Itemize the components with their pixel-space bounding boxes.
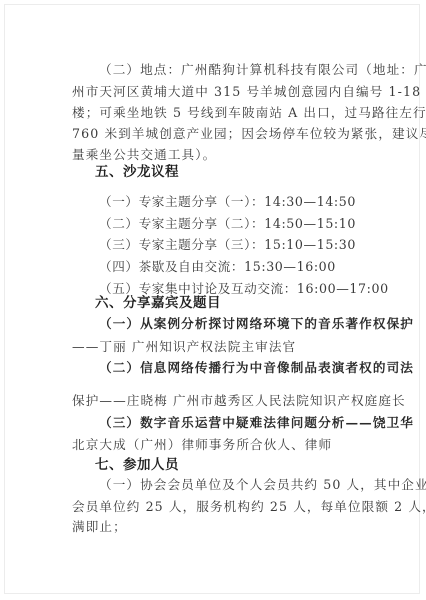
talk-2-speaker: 保护——庄晓梅 广州市越秀区人民法院知识产权庭庭长 — [72, 391, 368, 411]
location-line-2: 州市天河区黄埔大道中 315 号羊城创意园内自编号 1-18 一 — [72, 82, 368, 102]
talk-3-title: （三）数字音乐运营中疑难法律问题分析——饶卫华 — [99, 413, 369, 433]
section-heading-speakers: 六、分享嘉宾及题目 — [95, 293, 391, 313]
talk-1-title: （一）从案例分析探讨网络环境下的音乐著作权保护 — [99, 314, 369, 334]
agenda-item-1: （一）专家主题分享（一）：14:30—14:50 — [99, 192, 395, 212]
location-line-1: （二）地点：广州酷狗计算机科技有限公司（地址：广 — [99, 60, 369, 80]
agenda-item-2: （二）专家主题分享（二）：14:50—15:10 — [99, 214, 395, 234]
document-page: （二）地点：广州酷狗计算机科技有限公司（地址：广 州市天河区黄埔大道中 315 … — [4, 4, 420, 594]
location-line-4: 760 米到羊城创意产业园；因会场停车位较为紧张，建议尽 — [72, 124, 368, 144]
agenda-item-4: （四）茶歇及自由交流：15:30—16:00 — [99, 257, 395, 277]
participants-line-3: 满即止； — [72, 517, 368, 537]
location-line-3: 楼；可乘坐地铁 5 号线到车陂南站 A 出口，过马路往左行约 — [72, 103, 368, 123]
talk-3-speaker: 北京大成（广州）律师事务所合伙人、律师 — [72, 435, 368, 455]
participants-line-1: （一）协会会员单位及个人会员共约 50 人，其中企业 — [99, 475, 369, 495]
section-heading-agenda: 五、沙龙议程 — [95, 162, 391, 182]
agenda-item-3: （三）专家主题分享（三）：15:10—15:30 — [99, 235, 395, 255]
participants-line-2: 会员单位约 25 人，服务机构约 25 人，每单位限额 2 人，额 — [72, 497, 368, 517]
section-heading-participants: 七、参加人员 — [95, 455, 391, 475]
talk-2-title: （二）信息网络传播行为中音像制品表演者权的司法 — [99, 358, 369, 378]
talk-1-speaker: ——丁丽 广州知识产权法院主审法官 — [72, 337, 368, 357]
